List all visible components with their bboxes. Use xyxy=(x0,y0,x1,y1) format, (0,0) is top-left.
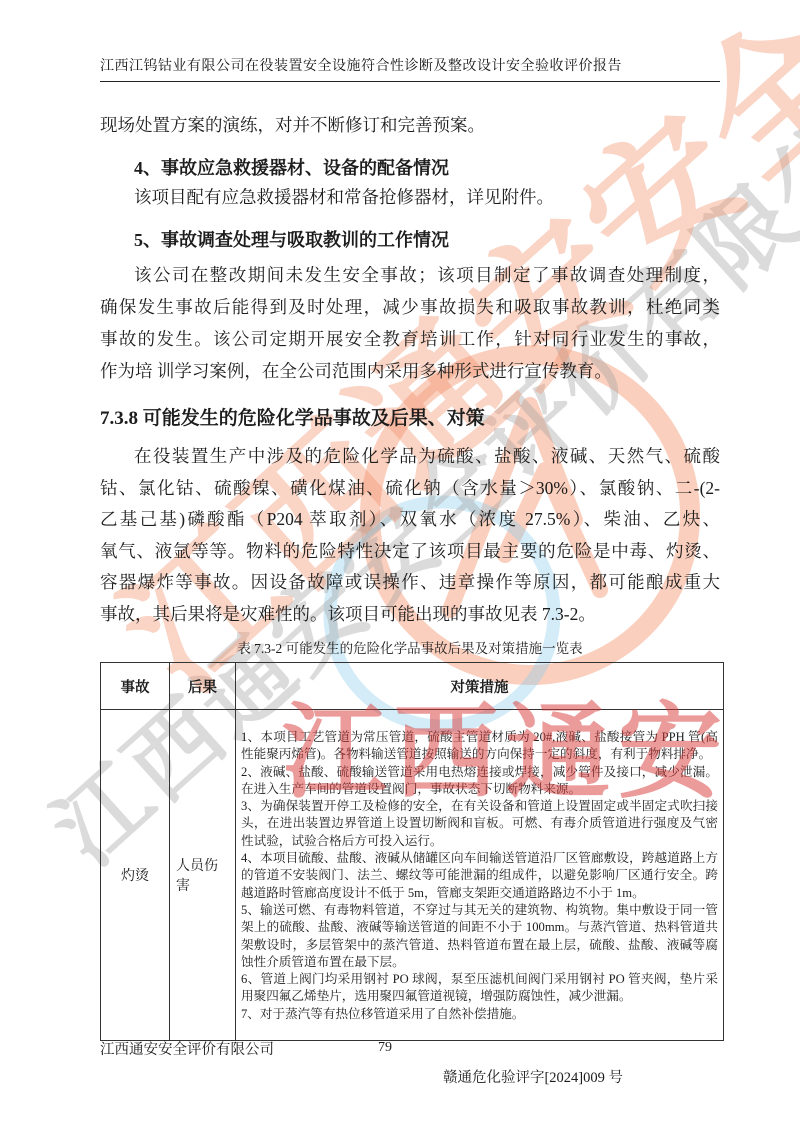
measures-list: 1、本项目工艺管道为常压管道，硫酸主管道材质为 20#,液碱、盐酸接管为 PPH… xyxy=(236,727,723,1023)
text-line: 事故，其后果将是灾难性的。该项目可能出现的事故见表 7.3-2。 xyxy=(100,599,720,631)
section-heading-5: 5、事故调查处理与吸取教训的工作情况 xyxy=(100,227,720,253)
table-row: 灼烫 人员伤害 1、本项目工艺管道为常压管道，硫酸主管道材质为 20#,液碱、盐… xyxy=(101,710,724,1041)
text-line: 1、本项目工艺管道为常压管道，硫酸主管道材质为 20#,液碱、盐酸接管为 PPH… xyxy=(241,729,718,764)
accident-cell: 灼烫 xyxy=(101,710,170,1041)
table-caption: 表 7.3-2 可能发生的危险化学品事故后果及对策措施一览表 xyxy=(100,639,720,659)
text-line: 作为培 训学习案例，在全公司范围内采用多种形式进行宣传教育。 xyxy=(100,355,720,387)
text-line: 在役装置生产中涉及的危险化学品为硫酸、盐酸、液碱、天然气、硫酸 xyxy=(100,441,720,473)
consequence-cell: 人员伤害 xyxy=(170,710,236,1041)
text-line: 确保发生事故后能得到及时处理，减少事故损失和吸取事故教训，杜绝同类 xyxy=(100,291,720,323)
column-header-accident: 事故 xyxy=(101,663,170,710)
header-rule xyxy=(100,81,720,82)
text-line: 4、本项目硫酸、盐酸、液碱从储罐区向车间输送管道沿厂区管廊敷设，跨越道路上方的管… xyxy=(241,850,718,902)
text-line: 钴、氯化钴、硫酸镍、磺化煤油、硫化钠（含水量＞30%）、氯酸钠、二-(2- xyxy=(100,473,720,505)
section-heading-4: 4、事故应急救援器材、设备的配备情况 xyxy=(100,155,720,181)
paragraph-intro: 现场处置方案的演练，对并不断修订和完善预案。 xyxy=(100,109,720,141)
text-line: 6、管道上阀门均采用钢衬 PO 球阀，泵至压滤机间阀门采用钢衬 PO 管夹阀，垫… xyxy=(241,971,718,1006)
section-738-paragraph: 在役装置生产中涉及的危险化学品为硫酸、盐酸、液碱、天然气、硫酸钴、氯化钴、硫酸镍… xyxy=(100,441,720,630)
column-header-consequence: 后果 xyxy=(170,663,236,710)
page-number: 79 xyxy=(350,1040,420,1056)
header-title: 江西江钨钴业有限公司在役装置安全设施符合性诊断及整改设计安全验收评价报告 xyxy=(100,55,720,81)
text-line: 容器爆炸等事故。因设备故障或误操作、违章操作等原因，都可能酿成重大 xyxy=(100,567,720,599)
section-5-paragraph: 该公司在整改期间未发生安全事故；该项目制定了事故调查处理制度，确保发生事故后能得… xyxy=(100,259,720,387)
accident-table: 事故 后果 对策措施 灼烫 人员伤害 1、本项目工艺管道为常压管道，硫酸主管道材… xyxy=(100,662,724,1041)
document-page: 江西通安安全评价有限公司 江西通安安全评价有限公司 江西江钨钴业有限公司在役装置… xyxy=(0,0,800,1131)
page-content: 江西江钨钴业有限公司在役装置安全设施符合性诊断及整改设计安全验收评价报告 现场处… xyxy=(0,0,800,1041)
footer-doc-number: 赣通危化验评字[2024]009 号 xyxy=(443,1066,623,1087)
text-line: 5、输送可燃、有毒物料管道，不穿过与其无关的建筑物、构筑物。集中敷设于同一管架上… xyxy=(241,902,718,971)
text-line: 该公司在整改期间未发生安全事故；该项目制定了事故调查处理制度， xyxy=(100,259,720,291)
text-line: 氧气、液氩等等。物料的危险特性决定了该项目最主要的危险是中毒、灼烫、 xyxy=(100,536,720,568)
measures-cell: 1、本项目工艺管道为常压管道，硫酸主管道材质为 20#,液碱、盐酸接管为 PPH… xyxy=(236,710,724,1041)
accident-value: 灼烫 xyxy=(101,865,169,885)
column-header-measures: 对策措施 xyxy=(236,663,724,710)
section-4-body: 该项目配有应急救援器材和常备抢修器材，详见附件。 xyxy=(100,181,720,213)
text-line: 乙基己基)磷酸酯（P204 萃取剂）、双氧水（浓度 27.5%）、柴油、乙炔、 xyxy=(100,504,720,536)
table-header-row: 事故 后果 对策措施 xyxy=(101,663,724,710)
text-line: 3、为确保装置开停工及检修的安全，在有关设备和管道上设置固定或半固定式吹扫接头，… xyxy=(241,798,718,850)
consequence-value: 人员伤害 xyxy=(170,855,235,895)
footer-company: 江西通安安全评价有限公司 xyxy=(100,1038,274,1059)
text-line: 2、液碱、盐酸、硫酸输送管道采用电热熔连接或焊接，减少管件及接口，减少泄漏。在进… xyxy=(241,764,718,799)
text-line: 7、对于蒸汽等有热位移管道采用了自然补偿措施。 xyxy=(241,1006,718,1023)
text-line: 事故的发生。该公司定期开展安全教育培训工作，针对同行业发生的事故， xyxy=(100,323,720,355)
section-heading-738: 7.3.8 可能发生的危险化学品事故及后果、对策 xyxy=(100,405,720,433)
